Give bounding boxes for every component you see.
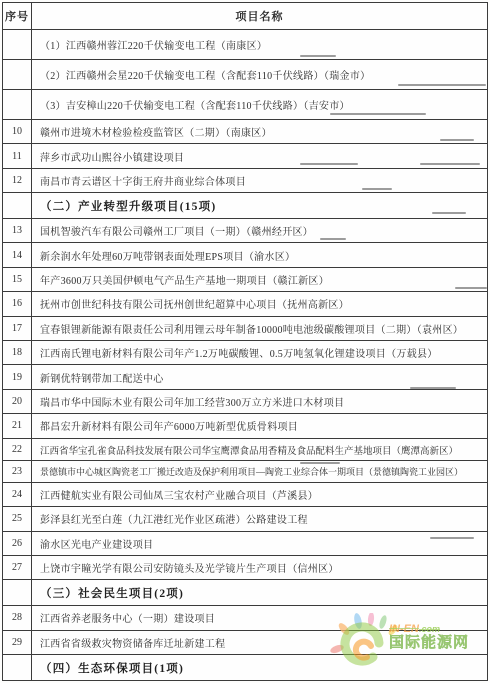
table-row: 19 新钢优特钢带加工配送中心 bbox=[3, 365, 488, 389]
row-project-name: 宜春银锂新能源有限责任公司利用锂云母年制备10000吨电池级碳酸锂项目（二期）（… bbox=[32, 316, 488, 340]
row-serial-number: 26 bbox=[3, 531, 32, 555]
row-serial-number: 11 bbox=[3, 144, 32, 168]
projects-table: 序号 项目名称 （1）江西赣州蓉江220千伏输变电工程（南康区） （2）江西赣州… bbox=[2, 2, 488, 681]
row-project-name: （2）江西赣州会星220千伏输变电工程（含配套110千伏线路）（瑞金市） bbox=[32, 60, 488, 90]
row-serial-number: 18 bbox=[3, 341, 32, 365]
table-row: （二）产业转型升级项目(15项) bbox=[3, 193, 488, 219]
table-row: 17 宜春银锂新能源有限责任公司利用锂云母年制备10000吨电池级碳酸锂项目（二… bbox=[3, 316, 488, 340]
row-serial-number: 20 bbox=[3, 389, 32, 413]
row-serial-number: 19 bbox=[3, 365, 32, 389]
table-row: 24 江西健航实业有限公司仙凤三宝农村产业融合项目（芦溪县） bbox=[3, 482, 488, 506]
table-row: 27 上饶市宇瞳光学有限公司安防镜头及光学镜片生产项目（信州区） bbox=[3, 555, 488, 579]
row-project-name: 江西省华宝孔雀食品科技发展有限公司华宝鹰潭食品用香精及食品配料生产基地项目（鹰潭… bbox=[32, 438, 488, 461]
row-project-name: （三）社会民生项目(2项) bbox=[32, 580, 488, 606]
row-serial-number: 25 bbox=[3, 507, 32, 531]
table-row: （四）生态环保项目(1项) bbox=[3, 655, 488, 681]
table-row: 14 新余润水年处理60万吨带钢表面处理EPS项目（渝水区） bbox=[3, 243, 488, 267]
row-serial-number: 27 bbox=[3, 555, 32, 579]
row-project-name: （二）产业转型升级项目(15项) bbox=[32, 193, 488, 219]
row-serial-number: 29 bbox=[3, 630, 32, 654]
table-row: 23 景德镇市中心城区陶瓷老工厂搬迁改造及保护利用项目—陶瓷工业综合体一期项目（… bbox=[3, 461, 488, 482]
row-project-name: 国机智骏汽车有限公司赣州工厂项目（一期）（赣州经开区） bbox=[32, 219, 488, 243]
row-project-name: 新余润水年处理60万吨带钢表面处理EPS项目（渝水区） bbox=[32, 243, 488, 267]
table-body: （1）江西赣州蓉江220千伏输变电工程（南康区） （2）江西赣州会星220千伏输… bbox=[3, 30, 488, 681]
row-serial-number: 24 bbox=[3, 482, 32, 506]
row-project-name: 景德镇市中心城区陶瓷老工厂搬迁改造及保护利用项目—陶瓷工业综合体一期项目（景德镇… bbox=[32, 461, 488, 482]
table-row: 22 江西省华宝孔雀食品科技发展有限公司华宝鹰潭食品用香精及食品配料生产基地项目… bbox=[3, 438, 488, 461]
row-project-name: （1）江西赣州蓉江220千伏输变电工程（南康区） bbox=[32, 30, 488, 60]
row-serial-number bbox=[3, 30, 32, 60]
row-serial-number: 14 bbox=[3, 243, 32, 267]
table-row: 26 渝水区光电产业建设项目 bbox=[3, 531, 488, 555]
table-row: 20 瑞昌市华中国际木业有限公司年加工经营300万立方米进口木材项目 bbox=[3, 389, 488, 413]
row-serial-number bbox=[3, 580, 32, 606]
row-project-name: 都昌宏升新材料有限公司年产6000万吨新型优质骨料项目 bbox=[32, 414, 488, 438]
table-row: 13 国机智骏汽车有限公司赣州工厂项目（一期）（赣州经开区） bbox=[3, 219, 488, 243]
row-project-name: 上饶市宇瞳光学有限公司安防镜头及光学镜片生产项目（信州区） bbox=[32, 555, 488, 579]
row-project-name: 赣州市进境木材检验检疫监管区（二期）（南康区） bbox=[32, 120, 488, 144]
row-serial-number bbox=[3, 193, 32, 219]
row-serial-number: 13 bbox=[3, 219, 32, 243]
table-row: 29 江西省省级救灾物资储备库迁址新建工程 bbox=[3, 630, 488, 654]
row-project-name: 江西健航实业有限公司仙凤三宝农村产业融合项目（芦溪县） bbox=[32, 482, 488, 506]
row-project-name: （3）吉安樟山220千伏输变电工程（含配套110千伏线路）（吉安市） bbox=[32, 90, 488, 120]
table-row: 10 赣州市进境木材检验检疫监管区（二期）（南康区） bbox=[3, 120, 488, 144]
row-serial-number: 21 bbox=[3, 414, 32, 438]
table-row: （2）江西赣州会星220千伏输变电工程（含配套110千伏线路）（瑞金市） bbox=[3, 60, 488, 90]
table-row: （三）社会民生项目(2项) bbox=[3, 580, 488, 606]
row-project-name: 渝水区光电产业建设项目 bbox=[32, 531, 488, 555]
column-header-serial: 序号 bbox=[3, 3, 32, 30]
table-row: 16 抚州市创世纪科技有限公司抚州创世纪超算中心项目（抚州高新区） bbox=[3, 292, 488, 316]
table-row: 21 都昌宏升新材料有限公司年产6000万吨新型优质骨料项目 bbox=[3, 414, 488, 438]
row-project-name: 新钢优特钢带加工配送中心 bbox=[32, 365, 488, 389]
row-project-name: 江西南氏锂电新材料有限公司年产1.2万吨碳酸锂、0.5万吨氢氧化锂建设项目（万载… bbox=[32, 341, 488, 365]
table-row: 25 彭泽县红光至白莲（九江港红光作业区疏港）公路建设工程 bbox=[3, 507, 488, 531]
table-row: 18 江西南氏锂电新材料有限公司年产1.2万吨碳酸锂、0.5万吨氢氧化锂建设项目… bbox=[3, 341, 488, 365]
row-serial-number: 16 bbox=[3, 292, 32, 316]
row-serial-number: 28 bbox=[3, 606, 32, 630]
row-serial-number bbox=[3, 60, 32, 90]
row-project-name: （四）生态环保项目(1项) bbox=[32, 655, 488, 681]
column-header-project-name: 项目名称 bbox=[32, 3, 488, 30]
row-serial-number: 15 bbox=[3, 267, 32, 291]
row-project-name: 年产3600万只美国伊顿电气产品生产基地一期项目（赣江新区） bbox=[32, 267, 488, 291]
table-row: （1）江西赣州蓉江220千伏输变电工程（南康区） bbox=[3, 30, 488, 60]
row-project-name: 彭泽县红光至白莲（九江港红光作业区疏港）公路建设工程 bbox=[32, 507, 488, 531]
row-project-name: 江西省省级救灾物资储备库迁址新建工程 bbox=[32, 630, 488, 654]
table-row: 28 江西省养老服务中心（一期）建设项目 bbox=[3, 606, 488, 630]
row-serial-number bbox=[3, 655, 32, 681]
row-project-name: 江西省养老服务中心（一期）建设项目 bbox=[32, 606, 488, 630]
row-serial-number: 10 bbox=[3, 120, 32, 144]
row-serial-number: 12 bbox=[3, 168, 32, 192]
row-serial-number bbox=[3, 90, 32, 120]
table-row: 12 南昌市青云谱区十字街王府井商业综合体项目 bbox=[3, 168, 488, 192]
table-row: 15 年产3600万只美国伊顿电气产品生产基地一期项目（赣江新区） bbox=[3, 267, 488, 291]
row-project-name: 瑞昌市华中国际木业有限公司年加工经营300万立方米进口木材项目 bbox=[32, 389, 488, 413]
row-project-name: 南昌市青云谱区十字街王府井商业综合体项目 bbox=[32, 168, 488, 192]
table-row: 11 萍乡市武功山熙谷小镇建设项目 bbox=[3, 144, 488, 168]
table-row: （3）吉安樟山220千伏输变电工程（含配套110千伏线路）（吉安市） bbox=[3, 90, 488, 120]
table-header-row: 序号 项目名称 bbox=[3, 3, 488, 30]
row-serial-number: 22 bbox=[3, 438, 32, 461]
row-serial-number: 17 bbox=[3, 316, 32, 340]
row-project-name: 抚州市创世纪科技有限公司抚州创世纪超算中心项目（抚州高新区） bbox=[32, 292, 488, 316]
row-project-name: 萍乡市武功山熙谷小镇建设项目 bbox=[32, 144, 488, 168]
row-serial-number: 23 bbox=[3, 461, 32, 482]
